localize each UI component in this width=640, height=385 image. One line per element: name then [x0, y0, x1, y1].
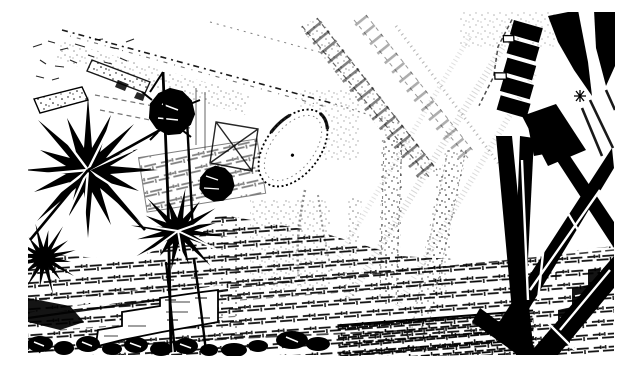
bw-lineart-ruins-image: 1-bit threshold line art — [0, 0, 640, 385]
fallen-beam — [34, 87, 88, 113]
corner-mass-right — [594, 10, 615, 86]
ruins-scene-svg: 1-bit threshold line art — [0, 0, 640, 385]
corner-mass-left — [548, 10, 592, 96]
sparkle-mark-1 — [574, 90, 586, 102]
scene-content — [0, 10, 615, 359]
corner-streaks — [582, 90, 615, 156]
